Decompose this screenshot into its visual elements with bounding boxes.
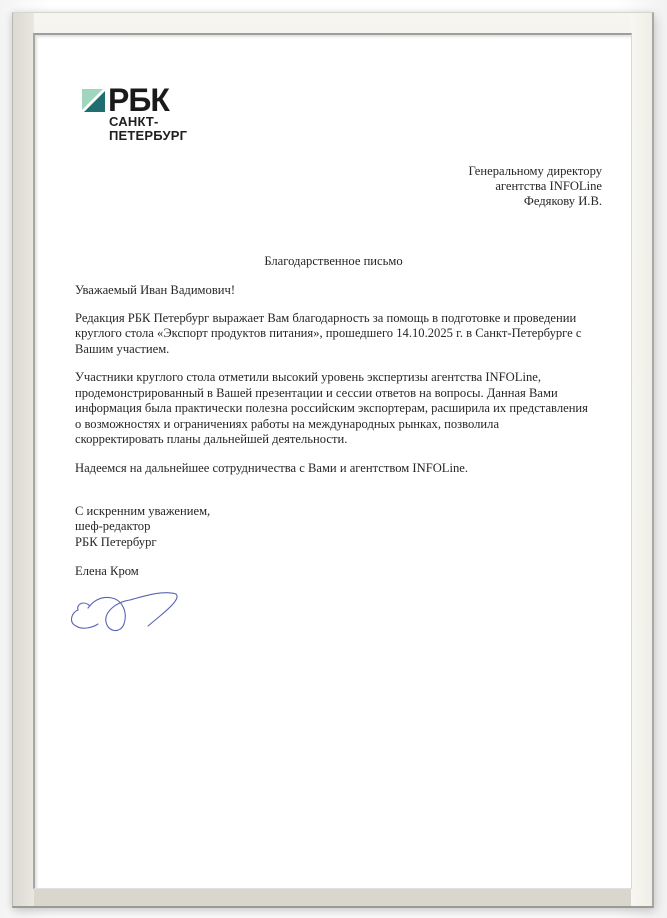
paragraph2-line: информация была практически полезна росс… [75, 401, 588, 416]
addressee-line1: Генеральному директору [468, 164, 602, 179]
paragraph1-line: круглого стола «Экспорт продуктов питани… [75, 326, 582, 341]
addressee-line3: Федякову И.В. [524, 194, 602, 209]
greeting: Уважаемый Иван Вадимович! [75, 283, 235, 298]
paragraph1-line: Вашим участием. [75, 342, 169, 357]
letter-title: Благодарственное письмо [0, 254, 667, 269]
signer-name: Елена Кром [75, 564, 139, 579]
logo-brand-text: РБК [108, 82, 169, 118]
addressee-line2: агентства INFOLine [495, 179, 602, 194]
closing-line2: шеф-редактор [75, 519, 150, 534]
paragraph2-line: скорректировать планы дальнейшей деятель… [75, 432, 347, 447]
paragraph3: Надеемся на дальнейшее сотрудничества с … [75, 461, 468, 476]
rbk-logo-mark-icon [82, 89, 105, 112]
paragraph2-line: продемонстрированный в Вашей презентации… [75, 386, 558, 401]
frame-left-edge [13, 13, 34, 906]
logo-city-line2: ПЕТЕРБУРГ [109, 129, 229, 143]
signature-icon [68, 588, 188, 638]
logo-city-line1: САНКТ- [109, 115, 229, 129]
closing-line3: РБК Петербург [75, 535, 157, 550]
logo-city-text: САНКТ- ПЕТЕРБУРГ [109, 115, 229, 143]
paragraph2-line: Участники круглого стола отметили высоки… [75, 370, 541, 385]
closing-line1: С искренним уважением, [75, 504, 210, 519]
paragraph2-line: о возможностях и ограничениях работы на … [75, 417, 499, 432]
frame-right-edge [631, 13, 652, 906]
paragraph1-line: Редакция РБК Петербург выражает Вам благ… [75, 311, 576, 326]
